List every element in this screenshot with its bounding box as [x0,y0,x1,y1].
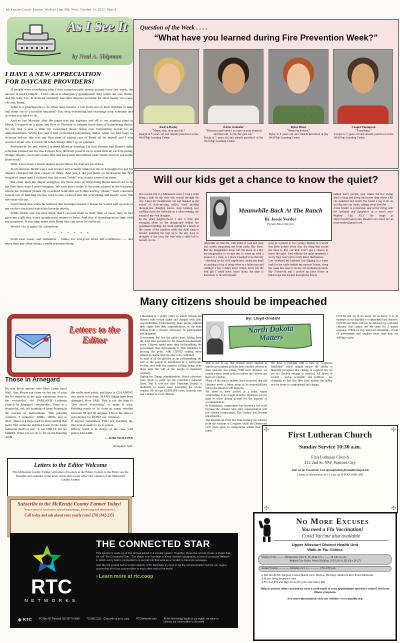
respondent-photo [333,49,393,124]
paragraph: But other than the diaper struggles, my … [5,181,133,202]
headline-line-2: FOR DAYCARE PROVIDERS! [5,78,133,86]
rtc-footer-address: PO Box 68, Parshall, ND 58770-0068 [39,618,80,621]
omdahl-box-row: North Dakota Matters [203,322,323,355]
rtc-footer-note: As the technology leader in our region, … [164,618,219,624]
church-radio-line: Listen to the service at 11 a.m. on KTGO… [263,473,397,477]
masthead-line: McKenzie County Farmer, Watford City, ND… [6,8,116,12]
text-column: COVID and all of its facets let us know … [337,315,399,419]
church-name: First Lutheran Church [263,455,397,460]
paragraph: Fortunately for me, when I arrived Monda… [5,145,133,162]
ranch-column-header-box: Meanwhile Back At The Ranch By Jessie Ve… [206,192,332,241]
respondent-photo [139,49,199,124]
welcome-body: The McKenzie County Farmer welcomes all … [11,471,130,482]
ranch-column-byline: By Jessie Veeder [232,216,329,221]
flu-schedule-box-2: Keene/Trenton ................ Monday, O… [259,566,392,572]
subscribe-headline: Subscribe to the McKenzie County Farmer … [10,502,129,508]
rtc-logo-text: RTC [21,577,82,597]
text-column: Citizenship is a public office in which … [140,315,202,527]
rtc-headline: THE CONNECTED STAR [96,539,232,550]
text-column: Do you know anyone who likes Casey bars?… [5,387,67,456]
as-i-see-it-logo: As I See It by Neal A. Shipman [7,17,133,65]
qow-photo-row [139,49,393,124]
banner-title: Letters to the Editor [63,325,127,346]
banner-line-1: Letters to the [63,325,127,336]
respondent-bio: Roslyn is 5 years old and attends presch… [139,133,198,140]
flu-organization: Upper Missouri District Health Unit Walk… [259,543,392,553]
corner-flourish-icon: ✣ [391,426,396,434]
welcome-title: Letters to the Editor Welcome [11,462,130,470]
column-text: the walls need paint, and there is CLEAN… [71,391,133,435]
first-lutheran-church-ad: ✣ ✣ ✣ ✣ First Lutheran Church Sunday Ser… [262,425,398,513]
clinic-type: Walk-In Flu Clinics [259,548,392,553]
respondent-bio: Cooper is 5 years old and attends presch… [334,133,393,140]
subscribe-phone: Call today and ask about your yearly rat… [10,514,129,518]
text-column: On a recent trip to a Minnesota town, I … [139,193,199,286]
respondent-caption: Rylee Miser “Mean the lockers.” Rylee is… [269,126,328,144]
ranch-box-text: Meanwhile Back At The Ranch By Jessie Ve… [232,207,331,226]
head [210,325,222,340]
subscribe-subline: Your source of local news, school happen… [10,509,129,512]
rtc-footer: ◈ RTC PO Box 68, Parshall, ND 58770-0068… [18,618,233,624]
rtc-learn-more-link: › Learn more at rtc.coop [96,574,232,580]
typewriter-icon [10,22,65,61]
letter-signature-place: Arnegard, N.D. [71,445,133,449]
flu-schedule-box: Watford City ........... Wednesdays (Oct… [259,555,392,565]
flu-mask-note: Help us protect others and please wear a… [259,587,392,594]
qow-kicker: Question of the Week . . . . [140,24,207,32]
respondent-caption: Roslyn Bosley “Mmm, stop, drop and roll.… [139,126,198,144]
face [216,203,225,216]
church-address: 212 2nd St. NW, Watford City [263,460,397,465]
column-text: We have a problem with a lack of “cognit… [271,362,333,386]
rtc-footer-phone: 701.862.3115 · Chat with us at rtc.coop [87,618,130,621]
corner-flourish-icon: ✣ [391,505,396,513]
lloyd-omdahl-photo [206,322,224,355]
letter-title: Those in Arnegard [5,376,60,383]
respondent-caption: Cooper Thompson “Everything.” Cooper is … [334,126,393,144]
closing-line: Until next week, and remember - Smile, f… [5,238,133,247]
omdahl-byline: By: Lloyd Omdahl [203,316,323,321]
corner-flourish-icon: ✣ [264,426,269,434]
face [287,64,310,94]
qow-headline: “What have you learned during Fire Preve… [134,33,398,43]
headline-line-1: I HAVE A NEW APPRECIATION [5,70,133,78]
shirt [208,106,259,124]
letter-signature: —JODI WOLTJEN [71,437,133,441]
flu-clinic-ad: No More Excuses You need a Flu Vaccinati… [253,512,397,641]
ranch-column-title: Meanwhile Back At The Ranch [232,207,329,214]
flu-headline: No More Excuses [274,517,392,527]
respondent-bio: Rylee is 4 years old and attends prescho… [269,133,328,140]
ranch-column-panel: Will our kids get a chance to know the q… [133,170,399,291]
rtc-logo-subtext: NETWORKS [21,598,82,603]
author-tagline: Jessie Veeder is a musician and writer l… [333,207,393,224]
text-column: the walls need paint, and there is CLEAN… [71,387,133,456]
shirt [337,106,388,124]
ranch-column-credit: Forum News Service [232,222,329,226]
rtc-networks-ad: RTC NETWORKS THE CONNECTED STAR This sym… [10,533,238,628]
impeached-headline: Many citizens should be impeached [140,295,398,308]
paragraph: And I think that when he realized that G… [5,203,133,212]
paragraph: Would I do it again? In a heartbeat. [5,225,133,229]
shirt [144,106,195,124]
face [158,64,181,94]
question-of-the-week-panel: Question of the Week . . . . “What have … [133,19,399,169]
paragraph: Well, I now have a much deeper appreciat… [5,163,133,167]
respondent-bio: Kevin is 5 years old and attends prescho… [204,137,263,144]
as-i-see-it-body: If people were wondering why I was consp… [5,88,133,307]
jessie-veeder-photo [210,197,230,237]
letter-columns: Do you know anyone who likes Casey bars?… [5,387,133,456]
respondent-photo [204,49,264,124]
schedule-line-2: Watford City Public Works Building, 100 … [262,560,389,564]
respondent-caption: Kevin Gonzalez “When you get burned, you… [204,126,263,144]
rtc-body-2: Just like the central hub of a star netw… [96,564,232,571]
asterisk-divider: * * * * * * * [5,231,133,235]
suit [207,339,223,355]
column-text: now, as a parent to two young children i… [269,242,329,277]
church-title: First Lutheran Church [263,430,397,440]
paragraph: In all fairness, Remi was a real trooper… [5,167,133,180]
flu-subheadline: You need a Flu Vaccination! [274,527,392,533]
ranch-headline: Will our kids get a chance to know the q… [134,174,398,186]
respondent-photo [268,49,328,124]
as-i-see-it-headline: I HAVE A NEW APPRECIATION FOR DAYCARE PR… [5,70,133,85]
flu-bullet-list: Will bill BCBS, Sanford, United Health C… [259,574,392,585]
omdahl-column-header-box: By: Lloyd Omdahl North Dakota Matters [202,314,324,362]
flu-website-note: For more information visit our website: … [259,597,392,601]
letters-to-editor-banner: Letters to the Editor [7,314,133,377]
shirt [273,106,324,124]
rtc-ad-copy: THE CONNECTED STAR This symbol is made u… [96,539,232,579]
qow-captions: Roslyn Bosley “Mmm, stop, drop and roll.… [139,126,393,144]
flexing-person-icon [259,518,274,543]
north-dakota-matters-logo: North Dakota Matters [226,322,316,355]
letters-welcome-box: Letters to the Editor Welcome The McKenz… [7,458,134,497]
rtc-footer-website: RTCNetworks.com [136,618,156,621]
page-canvas: McKenzie County Farmer, Watford City, ND… [0,0,400,643]
column-logo-byline: by Neal A. Shipman [64,53,129,61]
schedule-line-3: Keene/Trenton ................ Monday, O… [262,567,389,571]
banner-line-2: Editor [63,335,127,346]
paragraph: If people were wondering why I was consp… [5,88,133,105]
face [351,64,374,94]
newspaper-page: McKenzie County Farmer, Watford City, ND… [0,0,400,643]
flu-covid-line: Covid Vaccine also available [274,534,389,541]
envelope-icon [15,331,54,360]
paragraph: While Justin and Liz may think that I re… [5,212,133,225]
paragraph: And so last Monday after the paper was p… [5,119,133,145]
bullet-item: Flu shot $35 and High Dose (65 years and… [262,581,392,585]
church-service-time: Sunday Service 10:30 a.m. [263,444,397,450]
face [222,64,245,94]
text-column: behind dad’s garden, past where the tire… [333,193,393,286]
column-logo-title: As I See It [62,19,132,35]
subscribe-ad: Subscribe to the McKenzie County Farmer … [7,496,132,538]
rtc-body-1: This symbol is made up of five arrows jo… [96,552,232,562]
column-text: sidewalks on, like me, with miles of roa… [204,242,264,277]
column-text: This is not to say that citizens aren’t … [206,362,268,432]
corner-flourish-icon: ✣ [264,505,269,513]
church-facebook-line: Join us on Facebook Live @watfordcityfir… [263,469,397,473]
respondent-quote: “When you get burned, you get on your st… [204,130,263,137]
paragraph: What is a grandparent to do when they re… [5,106,133,119]
rtc-footer-logo: ◈ RTC [18,618,32,621]
column-text: behind dad’s garden, past where the tire… [333,193,393,207]
connected-star-icon [31,544,63,576]
